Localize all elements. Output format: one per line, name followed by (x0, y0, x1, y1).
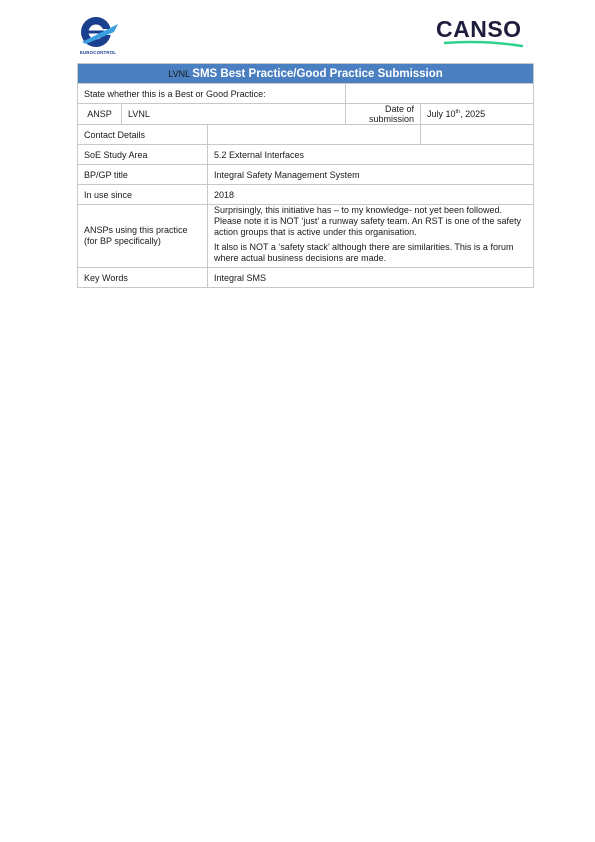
ansps-using-value[interactable]: Surprisingly, this initiative has – to m… (208, 205, 534, 268)
form-title-prefix: LVNL (168, 69, 190, 79)
eurocontrol-emblem-icon (74, 12, 122, 52)
in-use-row: In use since 2018 (78, 185, 534, 205)
canso-logo: CANSO (436, 16, 530, 48)
eurocontrol-logo: EUROCONTROL (74, 12, 122, 58)
keywords-row: Key Words Integral SMS (78, 268, 534, 288)
header-row: LVNL SMS Best Practice/Good Practice Sub… (78, 64, 534, 84)
bp-title-label: BP/GP title (78, 165, 208, 185)
canso-wordmark: CANSO (436, 16, 530, 42)
in-use-value[interactable]: 2018 (208, 185, 534, 205)
study-area-row: SoE Study Area 5.2 External Interfaces (78, 145, 534, 165)
ansp-value[interactable]: LVNL (122, 104, 346, 125)
form-title: LVNL SMS Best Practice/Good Practice Sub… (78, 64, 534, 84)
date-year: , 2025 (460, 109, 485, 119)
contact-value-1[interactable] (208, 125, 421, 145)
practice-type-value[interactable] (346, 84, 534, 104)
ansp-label: ANSP (78, 104, 122, 125)
bp-title-value[interactable]: Integral Safety Management System (208, 165, 534, 185)
study-area-value[interactable]: 5.2 External Interfaces (208, 145, 534, 165)
keywords-value[interactable]: Integral SMS (208, 268, 534, 288)
study-area-label: SoE Study Area (78, 145, 208, 165)
ansps-using-label: ANSPs using this practice (for BP specif… (78, 205, 208, 268)
practice-type-label: State whether this is a Best or Good Pra… (78, 84, 346, 104)
eurocontrol-wordmark: EUROCONTROL (74, 50, 122, 55)
contact-row: Contact Details (78, 125, 534, 145)
date-month-day: July 10 (427, 109, 456, 119)
ansps-using-row: ANSPs using this practice (for BP specif… (78, 205, 534, 268)
ansps-paragraph-1: Surprisingly, this initiative has – to m… (214, 205, 527, 238)
canso-swoosh-icon (444, 40, 524, 48)
keywords-label: Key Words (78, 268, 208, 288)
practice-type-row: State whether this is a Best or Good Pra… (78, 84, 534, 104)
submission-form-table: LVNL SMS Best Practice/Good Practice Sub… (77, 63, 534, 288)
form-title-text: SMS Best Practice/Good Practice Submissi… (192, 68, 443, 80)
contact-label: Contact Details (78, 125, 208, 145)
contact-label-text: Contact Details (84, 130, 145, 140)
date-label: Date of submission (346, 104, 421, 125)
in-use-label: In use since (78, 185, 208, 205)
date-value[interactable]: July 10th, 2025 (421, 104, 534, 125)
title-row: BP/GP title Integral Safety Management S… (78, 165, 534, 185)
ansps-paragraph-2: It also is NOT a ‘safety stack’ although… (214, 242, 527, 264)
contact-value-2[interactable] (421, 125, 534, 145)
ansp-row: ANSP LVNL Date of submission July 10th, … (78, 104, 534, 125)
